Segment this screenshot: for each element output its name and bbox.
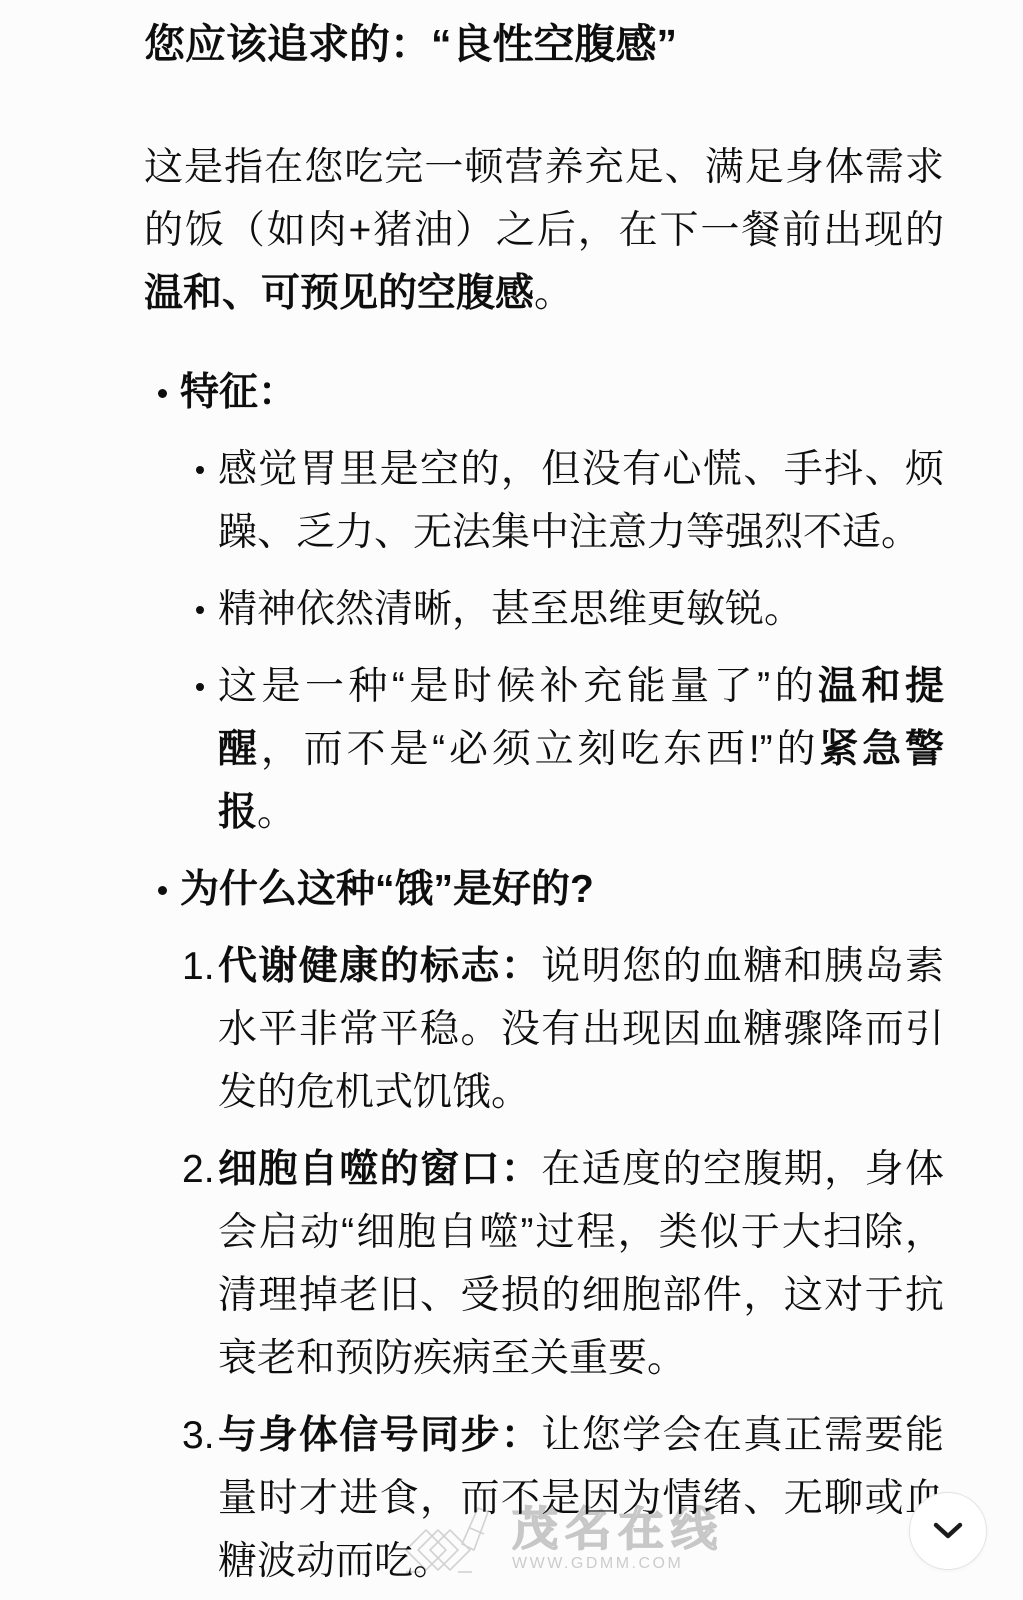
ordered-item-lead: 细胞自噬的窗口： (218, 1148, 541, 1191)
scroll-to-bottom-button[interactable] (909, 1492, 987, 1570)
bullet-marker (144, 655, 218, 844)
intro-text-pre: 这是指在您吃完一顿营养充足、满足身体需求的饭（如肉+猪油）之后，在下一餐前出现的 (144, 146, 944, 252)
list-item-feature-2: 精神依然清晰，甚至思维更敏锐。 (144, 578, 944, 641)
ordered-item-2: 2. 细胞自噬的窗口：在适度的空腹期，身体会启动“细胞自噬”过程，类似于大扫除，… (144, 1138, 944, 1390)
ordered-item-number: 3. (144, 1404, 218, 1593)
ordered-item-3: 3. 与身体信号同步：让您学会在真正需要能量时才进食，而不是因为情绪、无聊或血糖… (144, 1404, 944, 1593)
bullet-marker (144, 438, 218, 564)
bullet-marker (144, 578, 218, 641)
features-heading: 特征： (180, 361, 944, 424)
feature-text-post: 。 (257, 791, 296, 834)
why-heading: 为什么这种“饿”是好的? (180, 858, 944, 921)
bullet-marker (144, 858, 180, 921)
feature-text: 这是一种“是时候补充能量了”的温和提醒，而不是“必须立刻吃东西!”的紧急警报。 (218, 655, 944, 844)
bullet-marker (144, 361, 180, 424)
bullet-dot-icon (196, 606, 204, 614)
ordered-item-text: 细胞自噬的窗口：在适度的空腹期，身体会启动“细胞自噬”过程，类似于大扫除，清理掉… (218, 1138, 944, 1390)
intro-paragraph: 这是指在您吃完一顿营养充足、满足身体需求的饭（如肉+猪油）之后，在下一餐前出现的… (144, 136, 944, 325)
ordered-item-text: 与身体信号同步：让您学会在真正需要能量时才进食，而不是因为情绪、无聊或血糖波动而… (218, 1404, 944, 1593)
bullet-dot-icon (196, 466, 204, 474)
chevron-down-icon (932, 1522, 964, 1540)
feature-text: 精神依然清晰，甚至思维更敏锐。 (218, 578, 944, 641)
ordered-item-text: 代谢健康的标志：说明您的血糖和胰岛素水平非常平稳。没有出现因血糖骤降而引发的危机… (218, 935, 944, 1124)
ordered-item-lead: 与身体信号同步： (218, 1414, 541, 1457)
bullet-dot-icon (196, 683, 204, 691)
list-item-why-heading: 为什么这种“饿”是好的? (144, 858, 944, 921)
ordered-item-1: 1. 代谢健康的标志：说明您的血糖和胰岛素水平非常平稳。没有出现因血糖骤降而引发… (144, 935, 944, 1124)
bullet-dot-icon (158, 389, 167, 398)
bullet-dot-icon (158, 886, 167, 895)
list-item-features-heading: 特征： (144, 361, 944, 424)
feature-text: 感觉胃里是空的，但没有心慌、手抖、烦躁、乏力、无法集中注意力等强烈不适。 (218, 438, 944, 564)
intro-text-post: 。 (534, 272, 573, 315)
answer-content: 您应该追求的：“良性空腹感” 这是指在您吃完一顿营养充足、满足身体需求的饭（如肉… (144, 0, 944, 1593)
page-title: 您应该追求的：“良性空腹感” (144, 18, 944, 70)
page-root: 茂名在线 WWW.GDMM.COM 您应该追求的：“良性空腹感” 这是指在您吃完… (0, 0, 1023, 1600)
list-item-feature-3: 这是一种“是时候补充能量了”的温和提醒，而不是“必须立刻吃东西!”的紧急警报。 (144, 655, 944, 844)
feature-text-pre: 这是一种“是时候补充能量了”的 (218, 665, 818, 708)
ordered-item-number: 2. (144, 1138, 218, 1390)
feature-text-mid: ，而不是“必须立刻吃东西!”的 (261, 728, 819, 771)
ordered-item-number: 1. (144, 935, 218, 1124)
intro-text-bold: 温和、可预见的空腹感 (144, 272, 534, 315)
ordered-item-lead: 代谢健康的标志： (218, 945, 541, 988)
list-item-feature-1: 感觉胃里是空的，但没有心慌、手抖、烦躁、乏力、无法集中注意力等强烈不适。 (144, 438, 944, 564)
